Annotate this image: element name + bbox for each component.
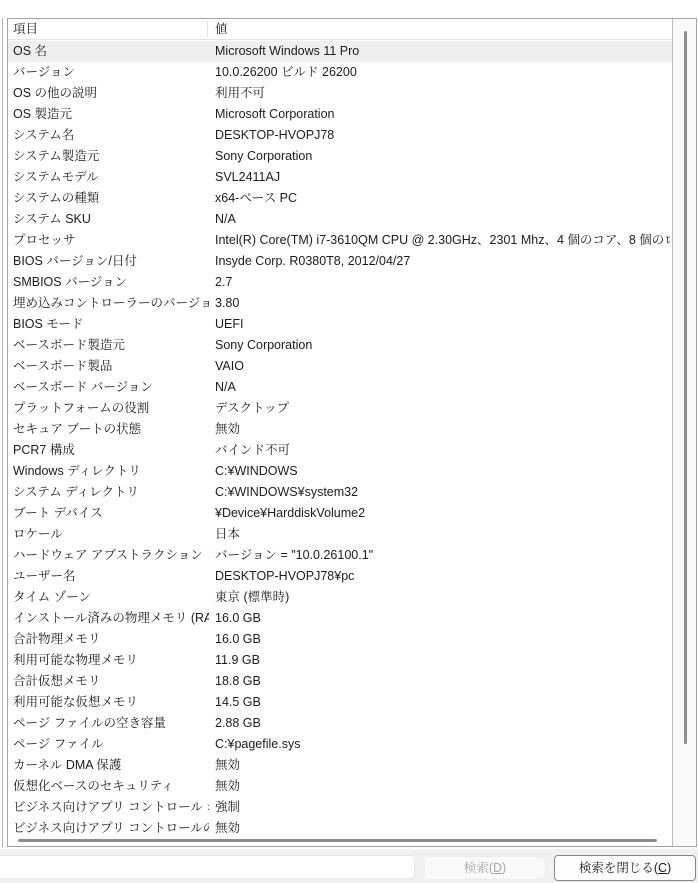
vertical-scrollbar[interactable] — [673, 19, 696, 846]
row-item-label: ベースボード バージョン — [13, 377, 209, 398]
row-value: バージョン = "10.0.26100.1" — [215, 545, 670, 566]
row-item-label: システムの種類 — [13, 188, 209, 209]
row-value: SVL2411AJ — [215, 167, 670, 188]
row-item-label: 利用可能な仮想メモリ — [13, 692, 209, 713]
row-item-label: BIOS モード — [13, 314, 209, 335]
row-item-label: PCR7 構成 — [13, 440, 209, 461]
search-button-accesskey: D — [493, 862, 502, 875]
row-item-label: タイム ゾーン — [13, 587, 209, 608]
table-row[interactable]: ベースボード バージョン N/A — [8, 377, 672, 398]
row-item-label: 埋め込みコントローラーのバージョン — [13, 293, 209, 314]
list-header: 項目 値 — [8, 19, 672, 40]
search-bar: 検索(D) 検索を閉じる(C) — [0, 849, 698, 883]
row-value: Sony Corporation — [215, 146, 670, 167]
row-item-label: OS の他の説明 — [13, 83, 209, 104]
column-header-value[interactable]: 値 — [215, 19, 228, 39]
row-item-label: 利用可能な物理メモリ — [13, 650, 209, 671]
row-item-label: ビジネス向けアプリ コントロールのユー... — [13, 818, 209, 836]
search-button-label-suffix: ) — [502, 862, 506, 875]
table-row[interactable]: OS の他の説明 利用不可 — [8, 83, 672, 104]
row-item-label: システム名 — [13, 125, 209, 146]
search-button[interactable]: 検索(D) — [424, 856, 546, 880]
row-value: DESKTOP-HVOPJ78¥pc — [215, 566, 670, 587]
table-row[interactable]: ページ ファイルの空き容量 2.88 GB — [8, 713, 672, 734]
row-value: Microsoft Corporation — [215, 104, 670, 125]
row-item-label: ビジネス向けアプリ コントロール ポリ... — [13, 797, 209, 818]
row-item-label: 合計物理メモリ — [13, 629, 209, 650]
row-value: 無効 — [215, 755, 670, 776]
table-row[interactable]: ハードウェア アブストラクション レイヤー バージョン = "10.0.2610… — [8, 545, 672, 566]
table-row[interactable]: ビジネス向けアプリ コントロール ポリ... 強制 — [8, 797, 672, 818]
row-value: 16.0 GB — [215, 608, 670, 629]
row-value: Insyde Corp. R0380T8, 2012/04/27 — [215, 251, 670, 272]
row-value: 無効 — [215, 419, 670, 440]
row-item-label: ユーザー名 — [13, 566, 209, 587]
row-value: 16.0 GB — [215, 629, 670, 650]
row-item-label: ベースボード製造元 — [13, 335, 209, 356]
table-row[interactable]: BIOS バージョン/日付 Insyde Corp. R0380T8, 2012… — [8, 251, 672, 272]
row-value: Intel(R) Core(TM) i7-3610QM CPU @ 2.30GH… — [215, 230, 670, 251]
row-value: 10.0.26200 ビルド 26200 — [215, 62, 670, 83]
row-item-label: OS 製造元 — [13, 104, 209, 125]
close-search-button[interactable]: 検索を閉じる(C) — [554, 855, 696, 881]
row-value: 11.9 GB — [215, 650, 670, 671]
table-row[interactable]: タイム ゾーン 東京 (標準時) — [8, 587, 672, 608]
row-value: N/A — [215, 377, 670, 398]
row-item-label: SMBIOS バージョン — [13, 272, 209, 293]
row-item-label: バージョン — [13, 62, 209, 83]
row-item-label: ページ ファイルの空き容量 — [13, 713, 209, 734]
row-item-label: ブート デバイス — [13, 503, 209, 524]
table-row[interactable]: ベースボード製造元 Sony Corporation — [8, 335, 672, 356]
table-row[interactable]: 合計仮想メモリ 18.8 GB — [8, 671, 672, 692]
row-item-label: ハードウェア アブストラクション レイヤー — [13, 545, 209, 566]
row-value: VAIO — [215, 356, 670, 377]
table-row[interactable]: OS 製造元 Microsoft Corporation — [8, 104, 672, 125]
row-item-label: システム SKU — [13, 209, 209, 230]
search-input[interactable] — [0, 855, 415, 879]
row-value: 強制 — [215, 797, 670, 818]
row-item-label: プラットフォームの役割 — [13, 398, 209, 419]
table-row[interactable]: ロケール 日本 — [8, 524, 672, 545]
row-item-label: OS 名 — [13, 41, 209, 62]
table-row[interactable]: Windows ディレクトリ C:¥WINDOWS — [8, 461, 672, 482]
search-button-label: 検索( — [464, 862, 493, 875]
table-row[interactable]: SMBIOS バージョン 2.7 — [8, 272, 672, 293]
row-item-label: システム製造元 — [13, 146, 209, 167]
row-value: Sony Corporation — [215, 335, 670, 356]
table-row[interactable]: 利用可能な物理メモリ 11.9 GB — [8, 650, 672, 671]
row-value: 無効 — [215, 776, 670, 797]
table-row[interactable]: ベースボード製品 VAIO — [8, 356, 672, 377]
row-value: 14.5 GB — [215, 692, 670, 713]
table-row[interactable]: 埋め込みコントローラーのバージョン 3.80 — [8, 293, 672, 314]
row-item-label: ロケール — [13, 524, 209, 545]
row-item-label: プロセッサ — [13, 230, 209, 251]
row-value: ¥Device¥HarddiskVolume2 — [215, 503, 670, 524]
table-row[interactable]: システム名 DESKTOP-HVOPJ78 — [8, 125, 672, 146]
horizontal-scrollbar-thumb[interactable] — [18, 839, 657, 842]
table-row[interactable]: システムモデル SVL2411AJ — [8, 167, 672, 188]
row-item-label: Windows ディレクトリ — [13, 461, 209, 482]
table-row[interactable]: システム製造元 Sony Corporation — [8, 146, 672, 167]
row-item-label: カーネル DMA 保護 — [13, 755, 209, 776]
table-row[interactable]: セキュア ブートの状態 無効 — [8, 419, 672, 440]
system-summary-list-panel: 項目 値 OS 名 Microsoft Windows 11 Pro バージョン… — [7, 18, 697, 847]
row-value: 東京 (標準時) — [215, 587, 670, 608]
table-row[interactable]: 合計物理メモリ 16.0 GB — [8, 629, 672, 650]
row-item-label: ベースボード製品 — [13, 356, 209, 377]
close-search-button-accesskey: C — [658, 862, 667, 875]
row-item-label: システムモデル — [13, 167, 209, 188]
header-bottom-border — [8, 39, 672, 40]
list-body: OS 名 Microsoft Windows 11 Pro バージョン 10.0… — [8, 41, 672, 836]
table-row[interactable]: システムの種類 x64-ベース PC — [8, 188, 672, 209]
table-row[interactable]: バージョン 10.0.26200 ビルド 26200 — [8, 62, 672, 83]
row-value: C:¥pagefile.sys — [215, 734, 670, 755]
table-row[interactable]: ページ ファイル C:¥pagefile.sys — [8, 734, 672, 755]
row-value: C:¥WINDOWS — [215, 461, 670, 482]
close-search-button-label-suffix: ) — [667, 862, 671, 875]
row-item-label: 仮想化ベースのセキュリティ — [13, 776, 209, 797]
table-row[interactable]: OS 名 Microsoft Windows 11 Pro — [8, 41, 672, 62]
vertical-scrollbar-thumb[interactable] — [684, 31, 687, 744]
row-item-label: BIOS バージョン/日付 — [13, 251, 209, 272]
table-row[interactable]: ユーザー名 DESKTOP-HVOPJ78¥pc — [8, 566, 672, 587]
table-row[interactable]: プロセッサ Intel(R) Core(TM) i7-3610QM CPU @ … — [8, 230, 672, 251]
table-row[interactable]: ビジネス向けアプリ コントロールのユー... 無効 — [8, 818, 672, 836]
row-value: 利用不可 — [215, 83, 670, 104]
row-item-label: セキュア ブートの状態 — [13, 419, 209, 440]
left-pane-divider — [2, 18, 3, 847]
row-item-label: システム ディレクトリ — [13, 482, 209, 503]
row-value: 2.7 — [215, 272, 670, 293]
horizontal-scrollbar[interactable] — [8, 835, 672, 846]
row-value: デスクトップ — [215, 398, 670, 419]
row-value: N/A — [215, 209, 670, 230]
table-row[interactable]: 利用可能な仮想メモリ 14.5 GB — [8, 692, 672, 713]
row-item-label: インストール済みの物理メモリ (RAM) — [13, 608, 209, 629]
column-header-item[interactable]: 項目 — [13, 19, 38, 39]
row-value: x64-ベース PC — [215, 188, 670, 209]
table-row[interactable]: PCR7 構成 バインド不可 — [8, 440, 672, 461]
row-value: 2.88 GB — [215, 713, 670, 734]
row-value: 無効 — [215, 818, 670, 836]
row-value: C:¥WINDOWS¥system32 — [215, 482, 670, 503]
close-search-button-label: 検索を閉じる( — [579, 862, 658, 875]
table-row[interactable]: システム ディレクトリ C:¥WINDOWS¥system32 — [8, 482, 672, 503]
table-row[interactable]: BIOS モード UEFI — [8, 314, 672, 335]
table-row[interactable]: ブート デバイス ¥Device¥HarddiskVolume2 — [8, 503, 672, 524]
row-value: 日本 — [215, 524, 670, 545]
table-row[interactable]: カーネル DMA 保護 無効 — [8, 755, 672, 776]
row-value: Microsoft Windows 11 Pro — [215, 41, 670, 62]
table-row[interactable]: プラットフォームの役割 デスクトップ — [8, 398, 672, 419]
row-value: 3.80 — [215, 293, 670, 314]
row-item-label: 合計仮想メモリ — [13, 671, 209, 692]
table-row[interactable]: 仮想化ベースのセキュリティ 無効 — [8, 776, 672, 797]
column-divider[interactable] — [207, 21, 208, 37]
row-value: 18.8 GB — [215, 671, 670, 692]
row-item-label: ページ ファイル — [13, 734, 209, 755]
row-value: UEFI — [215, 314, 670, 335]
row-value: DESKTOP-HVOPJ78 — [215, 125, 670, 146]
row-value: バインド不可 — [215, 440, 670, 461]
table-row[interactable]: インストール済みの物理メモリ (RAM) 16.0 GB — [8, 608, 672, 629]
table-row[interactable]: システム SKU N/A — [8, 209, 672, 230]
